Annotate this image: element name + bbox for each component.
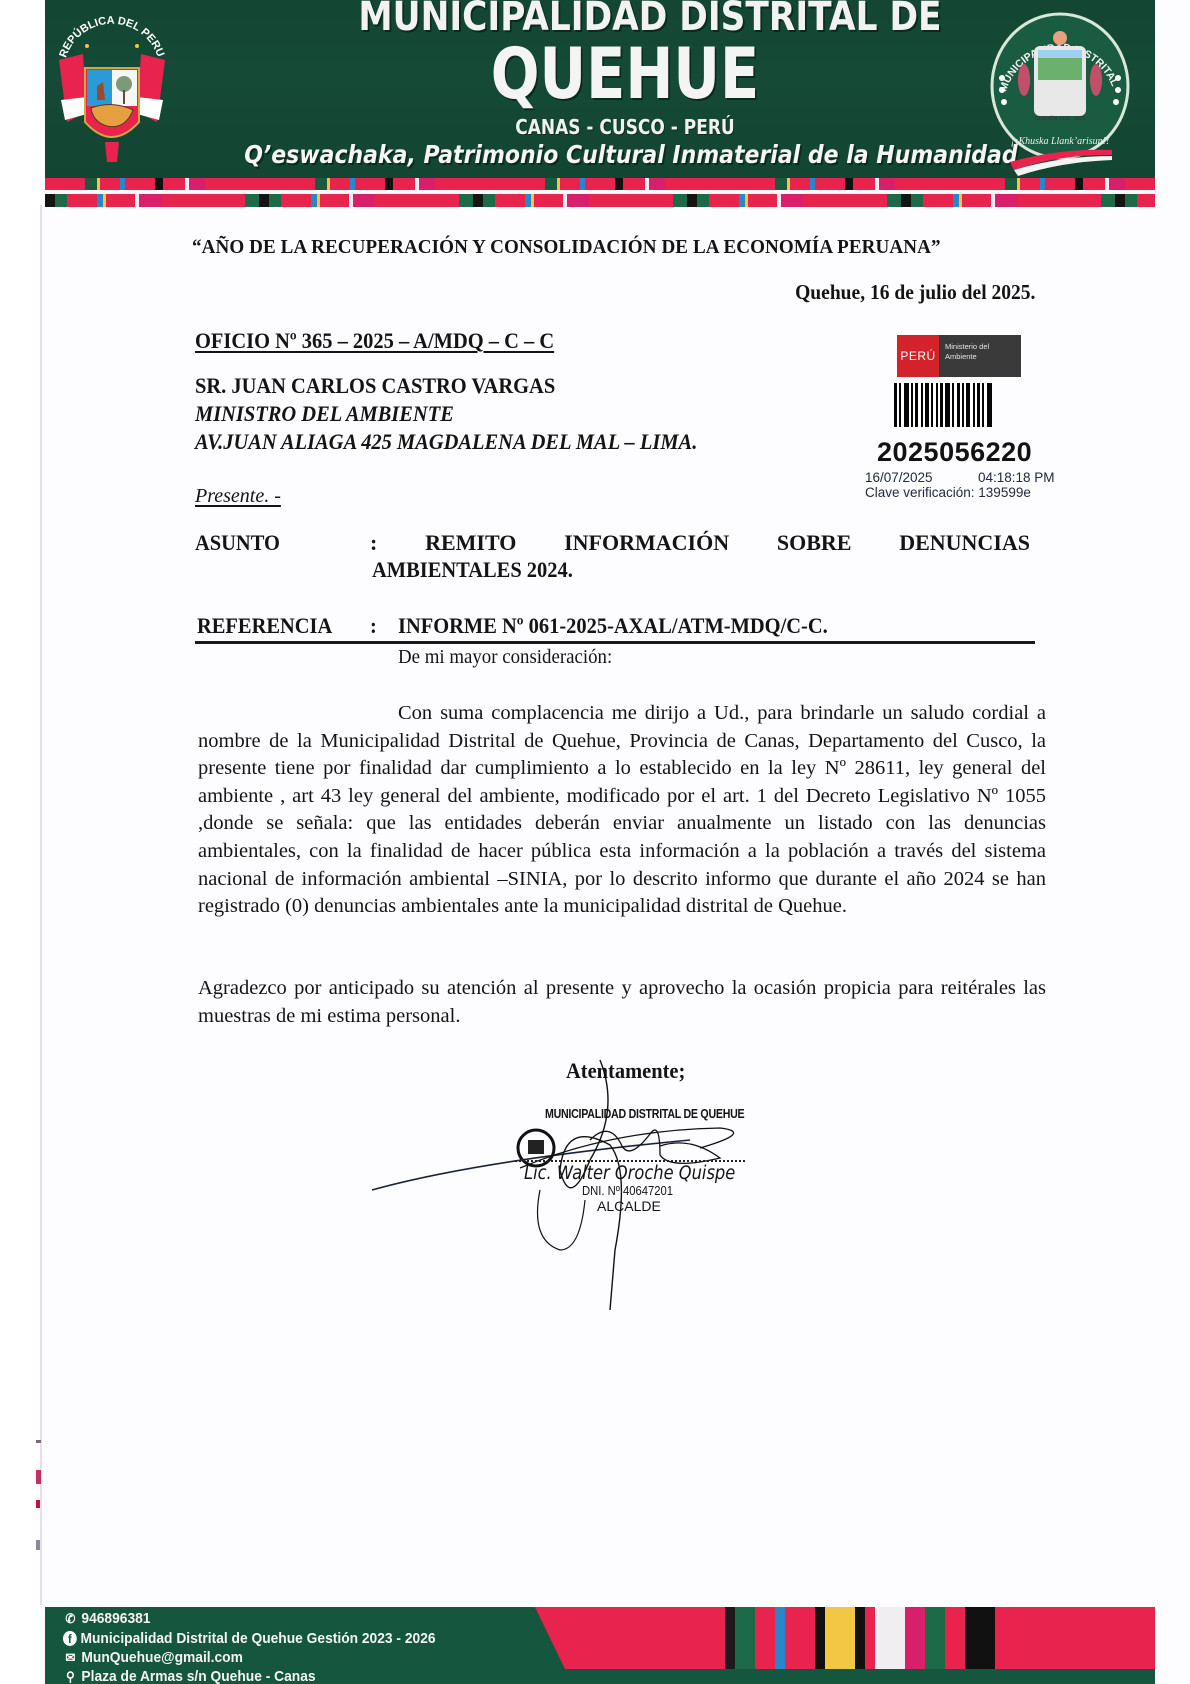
stamp-date: 16/07/2025 xyxy=(865,470,933,485)
recipient-address: AV.JUAN ALIAGA 425 MAGDALENA DEL MAL – L… xyxy=(195,429,697,455)
signer-name: Lic. Walter Oroche Quispe xyxy=(524,1163,735,1184)
scan-margin xyxy=(0,0,40,1684)
asunto-label: ASUNTO xyxy=(195,530,280,556)
stamp-time: 04:18:18 PM xyxy=(978,470,1055,485)
footer-facebook: f Municipalidad Distrital de Quehue Gest… xyxy=(63,1630,436,1647)
textile-border-top xyxy=(45,178,1155,190)
asunto-line2: AMBIENTALES 2024. xyxy=(372,557,573,583)
footer-phone: ✆ 946896381 xyxy=(63,1610,150,1627)
ministry-logo: PERÚ Ministerio del Ambiente xyxy=(897,335,1021,377)
body-paragraph-2: Agradezco por anticipado su atención al … xyxy=(198,975,1046,1030)
verification-key: Clave verificación: 139599e xyxy=(865,485,1031,500)
location-pin-icon: ⚲ xyxy=(63,1669,78,1684)
barcode-icon xyxy=(894,383,1040,427)
referencia-value: INFORME Nº 061-2025-AXAL/ATM-MDQ/C-C. xyxy=(398,613,828,639)
page-edge xyxy=(40,205,42,1605)
letterhead-header: REPÚBLICA DEL PERU MUNICIPALIDAD DISTRIT… xyxy=(45,0,1155,190)
textile-border-bottom xyxy=(45,194,1155,207)
registration-number: 2025056220 xyxy=(877,437,1032,468)
asunto-line1: : REMITO INFORMACIÓN SOBRE DENUNCIAS xyxy=(370,530,1030,556)
greeting: De mi mayor consideración: xyxy=(398,646,612,669)
ministry-name: Ministerio del Ambiente xyxy=(939,335,1021,377)
referencia-colon: : xyxy=(370,613,377,639)
oficio-number: OFICIO Nº 365 – 2025 – A/MDQ – C – C xyxy=(195,328,554,354)
presente-label: Presente. - xyxy=(195,485,281,508)
municipal-seal-icon: MUNICIPALIDAD DISTRITAL DE QUEHUE GESTIÓ… xyxy=(980,0,1140,190)
footer-email: ✉ MunQuehue@gmail.com xyxy=(63,1649,243,1666)
mail-icon: ✉ xyxy=(63,1650,78,1666)
body-paragraph-1: Con suma complacencia me dirijo a Ud., p… xyxy=(198,700,1046,921)
textile-band xyxy=(665,1607,1155,1669)
place-date: Quehue, 16 de julio del 2025. xyxy=(795,280,1035,305)
signature-line xyxy=(515,1160,745,1162)
referencia-label: REFERENCIA xyxy=(197,613,332,639)
signature-institution: MUNICIPALIDAD DISTRITAL DE QUEHUE xyxy=(545,1107,744,1121)
signer-dni: DNI. Nº 40647201 xyxy=(582,1184,673,1198)
scan-edge-marks xyxy=(34,1440,42,1570)
peru-brand: PERÚ xyxy=(897,335,939,377)
section-divider xyxy=(195,641,1035,644)
year-motto: “AÑO DE LA RECUPERACIÓN Y CONSOLIDACIÓN … xyxy=(192,236,941,259)
signer-role: ALCALDE xyxy=(597,1198,661,1214)
phone-icon: ✆ xyxy=(63,1611,78,1627)
recipient-title: MINISTRO DEL AMBIENTE xyxy=(195,401,454,427)
svg-text:¡¡Khuska Llank’arisun!!: ¡¡Khuska Llank’arisun!! xyxy=(1011,136,1110,147)
svg-text:REPÚBLICA DEL PERU: REPÚBLICA DEL PERU xyxy=(57,15,166,60)
recipient-name: SR. JUAN CARLOS CASTRO VARGAS xyxy=(195,373,555,399)
district-name: QUEHUE xyxy=(371,34,879,114)
svg-text:GESTIÓN 2023 - 2026: GESTIÓN 2023 - 2026 xyxy=(1035,115,1086,122)
facebook-icon: f xyxy=(63,1631,77,1646)
heritage-motto: Q’eswachaka, Patrimonio Cultural Inmater… xyxy=(244,140,966,169)
peru-coat-of-arms-icon: REPÚBLICA DEL PERU xyxy=(47,2,177,172)
footer-address: ⚲ Plaza de Armas s/n Quehue - Canas xyxy=(63,1668,316,1684)
letterhead-footer: ✆ 946896381 f Municipalidad Distrital de… xyxy=(45,1607,1155,1684)
location-line: CANAS - CUSCO - PERÚ xyxy=(362,115,889,139)
